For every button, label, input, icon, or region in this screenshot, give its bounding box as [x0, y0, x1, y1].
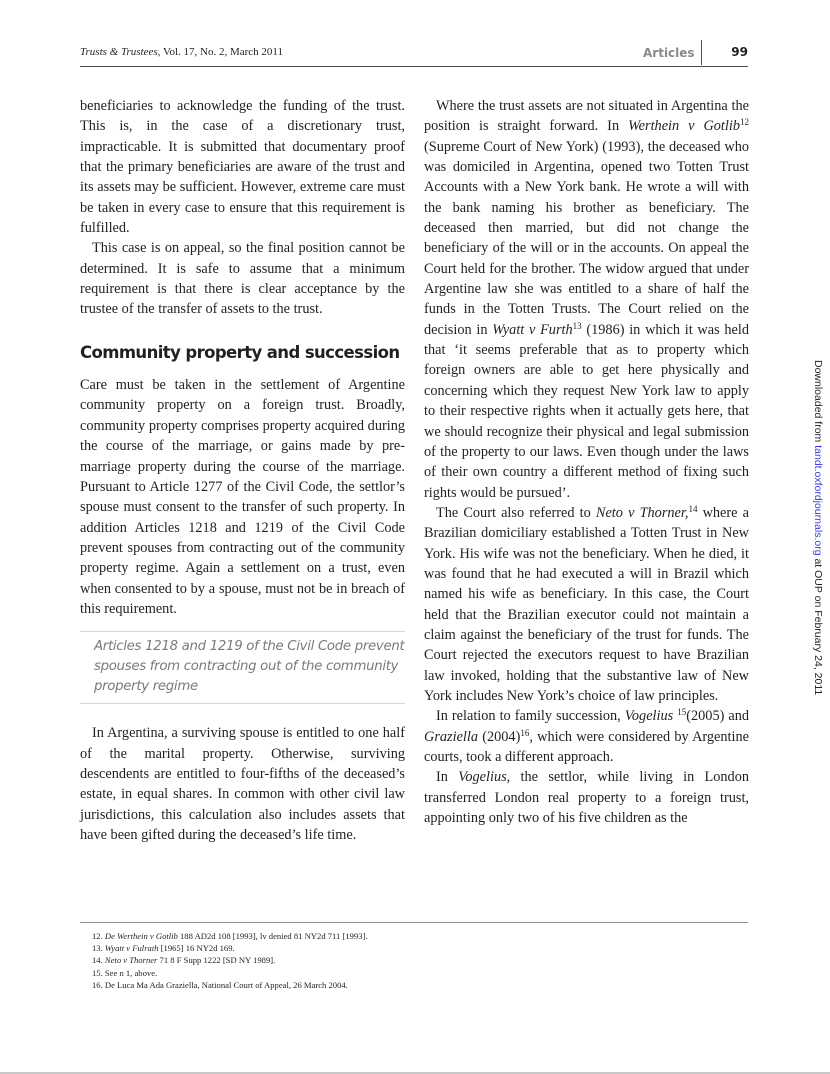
right-column: Where the trust assets are not situated … [424, 96, 749, 828]
footnote: 12. De Werthein v Gotlib 188 AD2d 108 [1… [80, 930, 748, 942]
footnote-ref[interactable]: 13 [573, 321, 582, 331]
watermark-text: Downloaded from [812, 360, 824, 445]
footnote-number: 15. [92, 968, 105, 978]
case-name: Neto v Thorner [105, 955, 158, 965]
text-run: (2005) and [686, 708, 749, 724]
case-name: Vogelius [625, 708, 673, 724]
case-name: Wyatt v Furth [492, 322, 572, 338]
paragraph: In Vogelius, the settlor, while living i… [424, 767, 749, 828]
section-heading: Community property and succession [80, 343, 405, 363]
footnote-text: [1965] 16 NY2d 169. [159, 943, 235, 953]
case-name: Vogelius, [458, 769, 510, 785]
footnote: 15. See n 1, above. [80, 967, 748, 979]
journal-citation: Trusts & Trustees, Vol. 17, No. 2, March… [80, 46, 283, 58]
paragraph: Care must be taken in the settlement of … [80, 375, 405, 619]
paragraph: In Argentina, a surviving spouse is enti… [80, 723, 405, 845]
footnote-text: 188 AD2d 108 [1993], lv denied 81 NY2d 7… [178, 931, 368, 941]
footnote-number: 16. [92, 980, 105, 990]
footnote-number: 12. [92, 931, 105, 941]
case-name: Neto v Thorner, [596, 505, 689, 521]
footnote-text: See n 1, above. [105, 968, 157, 978]
pull-quote: Articles 1218 and 1219 of the Civil Code… [80, 631, 405, 704]
text-run: (2004) [478, 729, 520, 745]
footnote-number: 14. [92, 955, 105, 965]
footnote-ref[interactable]: 12 [740, 117, 749, 127]
text-run: In [436, 769, 458, 785]
text-run: where a Brazilian domiciliary establishe… [424, 505, 749, 704]
running-header: Trusts & Trustees, Vol. 17, No. 2, March… [80, 40, 748, 67]
text-run: (Supreme Court of New York) (1993), the … [424, 139, 749, 338]
text-run: (1986) in which it was held that ‘it see… [424, 322, 749, 501]
paragraph: This case is on appeal, so the final pos… [80, 238, 405, 319]
left-column: beneficiaries to acknowledge the funding… [80, 96, 405, 845]
source-link[interactable]: tandt.oxfordjournals.org [812, 445, 824, 555]
footnote: 13. Wyatt v Fulrath [1965] 16 NY2d 169. [80, 942, 748, 954]
page-number: 99 [731, 45, 748, 59]
text-run: The Court also referred to [436, 505, 596, 521]
footnote: 14. Neto v Thorner 71 8 F Supp 1222 [SD … [80, 954, 748, 966]
section-label: Articles [643, 40, 702, 65]
journal-details: , Vol. 17, No. 2, March 2011 [158, 46, 283, 58]
paragraph: The Court also referred to Neto v Thorne… [424, 503, 749, 706]
paragraph: In relation to family succession, Vogeli… [424, 706, 749, 767]
paragraph: Where the trust assets are not situated … [424, 96, 749, 503]
footnote-ref[interactable]: 15 [677, 707, 686, 717]
footnote-ref[interactable]: 16 [520, 728, 529, 738]
case-name: Werthein v Gotlib [628, 118, 740, 134]
footnote-text: 71 8 F Supp 1222 [SD NY 1989]. [157, 955, 275, 965]
watermark-text: at OUP on February 24, 2011 [812, 556, 824, 696]
footnote-number: 13. [92, 943, 105, 953]
footnote: 16. De Luca Ma Ada Graziella, National C… [80, 979, 748, 991]
case-name: De Werthein v Gotlib [105, 931, 178, 941]
case-name: Graziella [424, 729, 478, 745]
footnote-text: De Luca Ma Ada Graziella, National Court… [105, 980, 348, 990]
text-run: In relation to family succession, [436, 708, 625, 724]
case-name: Wyatt v Fulrath [105, 943, 159, 953]
download-watermark: Downloaded from tandt.oxfordjournals.org… [812, 360, 824, 695]
footnotes: 12. De Werthein v Gotlib 188 AD2d 108 [1… [80, 922, 748, 991]
paragraph: beneficiaries to acknowledge the funding… [80, 96, 405, 238]
journal-title: Trusts & Trustees [80, 46, 158, 58]
